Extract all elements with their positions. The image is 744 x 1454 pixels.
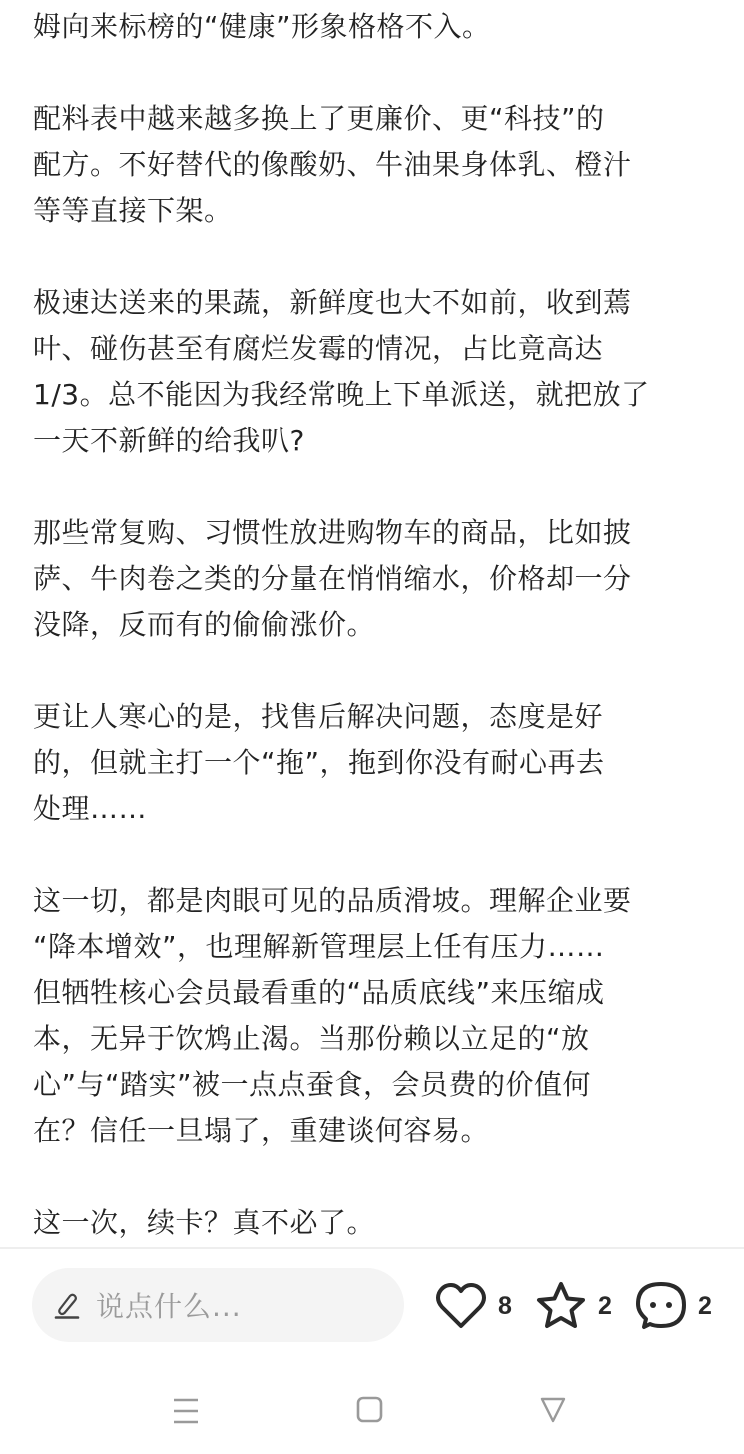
- interaction-bar: 说点什么... 8 2 2: [0, 1249, 744, 1359]
- star-icon: [534, 1280, 588, 1332]
- text-line: 但牺牲核心会员最看重的“品质底线”来压缩成: [33, 970, 713, 1016]
- triangle-back-icon: [539, 1396, 567, 1428]
- pen-icon: [54, 1291, 80, 1319]
- text-line: 在？信任一旦塌了，重建谈何容易。: [33, 1108, 713, 1154]
- text-line: 的，但就主打一个“拖”，拖到你没有耐心再去: [33, 740, 713, 786]
- favorite-button[interactable]: 2: [534, 1278, 612, 1334]
- text-line: 本，无异于饮鸩止渴。当那份赖以立足的“放: [33, 1016, 713, 1062]
- text-line: 那些常复购、习惯性放进购物车的商品，比如披: [33, 510, 713, 556]
- text-line: 1/3。总不能因为我经常晚上下单派送，就把放了: [33, 372, 713, 418]
- comment-button[interactable]: 2: [634, 1278, 712, 1334]
- text-line: 姆向来标榜的“健康”形象格格不入。: [33, 4, 713, 50]
- text-line: 极速达送来的果蔬，新鲜度也大不如前，收到蔫: [33, 280, 713, 326]
- like-count: 8: [498, 1292, 512, 1321]
- text-line: 配方。不好替代的像酸奶、牛油果身体乳、橙汁: [33, 142, 713, 188]
- text-line: 等等直接下架。: [33, 188, 713, 234]
- paragraph-3: 极速达送来的果蔬，新鲜度也大不如前，收到蔫 叶、碰伤甚至有腐烂发霉的情况，占比竟…: [33, 280, 713, 464]
- text-line: 这一切，都是肉眼可见的品质滑坡。理解企业要: [33, 878, 713, 924]
- text-line: 更让人寒心的是，找售后解决问题，态度是好: [33, 694, 713, 740]
- heart-icon: [434, 1281, 488, 1331]
- article-body: 姆向来标榜的“健康”形象格格不入。 配料表中越来越多换上了更廉价、更“科技”的 …: [33, 4, 713, 1292]
- paragraph-2: 配料表中越来越多换上了更廉价、更“科技”的 配方。不好替代的像酸奶、牛油果身体乳…: [33, 96, 713, 234]
- nav-menu-button[interactable]: [166, 1392, 206, 1432]
- text-line: 处理……: [33, 786, 713, 832]
- like-button[interactable]: 8: [434, 1278, 512, 1334]
- nav-back-button[interactable]: [533, 1392, 573, 1432]
- paragraph-1: 姆向来标榜的“健康”形象格格不入。: [33, 4, 713, 50]
- text-line: 一天不新鲜的给我叭?: [33, 418, 713, 464]
- chat-bubble-icon: [634, 1279, 688, 1333]
- text-line: 配料表中越来越多换上了更廉价、更“科技”的: [33, 96, 713, 142]
- text-line: “降本增效”，也理解新管理层上任有压力……: [33, 924, 713, 970]
- system-nav-bar: [0, 1370, 744, 1454]
- comment-input[interactable]: 说点什么...: [32, 1268, 404, 1342]
- text-line: 叶、碰伤甚至有腐烂发霉的情况，占比竟高达: [33, 326, 713, 372]
- menu-icon: [172, 1396, 200, 1428]
- text-line: 萨、牛肉卷之类的分量在悄悄缩水，价格却一分: [33, 556, 713, 602]
- comment-placeholder: 说点什么...: [96, 1285, 242, 1325]
- text-line: 这一次，续卡？真不必了。: [33, 1200, 713, 1246]
- paragraph-5: 更让人寒心的是，找售后解决问题，态度是好 的，但就主打一个“拖”，拖到你没有耐心…: [33, 694, 713, 832]
- paragraph-6: 这一切，都是肉眼可见的品质滑坡。理解企业要 “降本增效”，也理解新管理层上任有压…: [33, 878, 713, 1154]
- comment-count: 2: [698, 1292, 712, 1321]
- nav-home-button[interactable]: [350, 1392, 390, 1432]
- paragraph-7: 这一次，续卡？真不必了。: [33, 1200, 713, 1246]
- paragraph-4: 那些常复购、习惯性放进购物车的商品，比如披 萨、牛肉卷之类的分量在悄悄缩水，价格…: [33, 510, 713, 648]
- square-icon: [356, 1396, 384, 1428]
- text-line: 心”与“踏实”被一点点蚕食，会员费的价值何: [33, 1062, 713, 1108]
- text-line: 没降，反而有的偷偷涨价。: [33, 602, 713, 648]
- favorite-count: 2: [598, 1292, 612, 1321]
